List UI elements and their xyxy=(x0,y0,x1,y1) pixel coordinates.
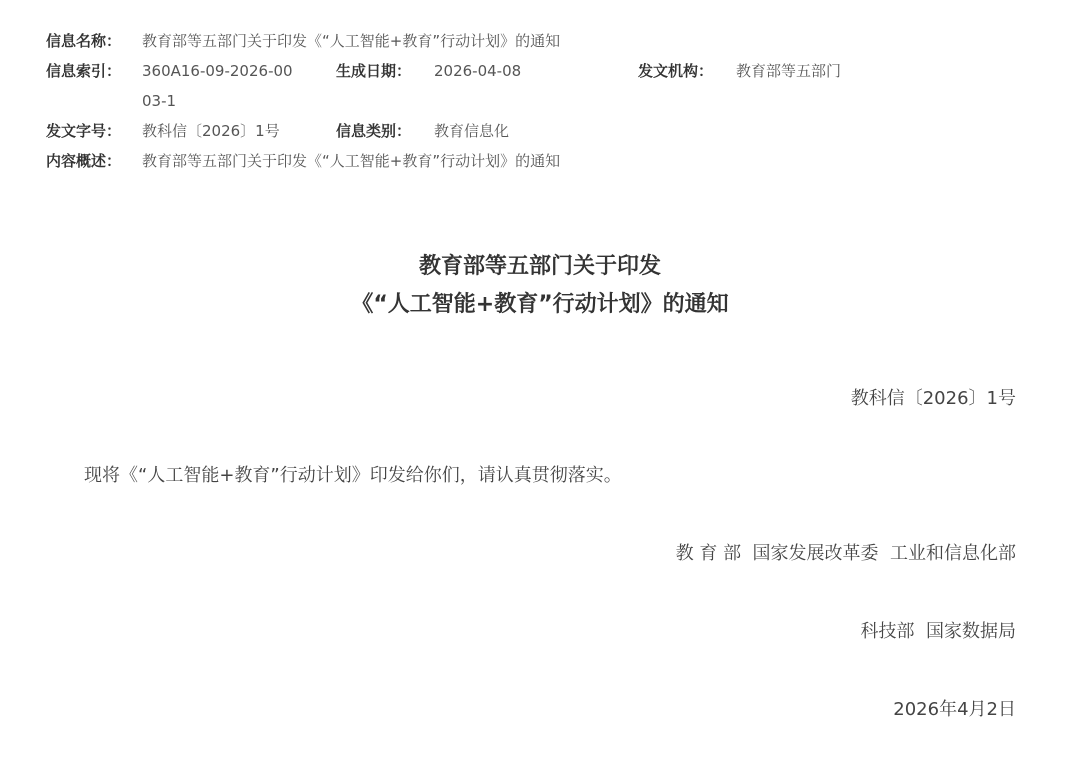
generated-date-value: 2026-04-08 xyxy=(434,56,521,86)
document-date: 2026年4月2日 xyxy=(893,697,1016,723)
issuing-agency-label: 发文机构： xyxy=(638,56,713,86)
info-category-label: 信息类别： xyxy=(336,116,411,146)
meta-row-info-name: 信息名称： 教育部等五部门关于印发《“人工智能+教育”行动计划》的通知 xyxy=(46,26,1046,56)
document-title-line-2: 《“人工智能+教育”行动计划》的通知 xyxy=(0,286,1080,324)
doc-number-label: 发文字号： xyxy=(46,116,121,146)
document-metadata: 信息名称： 教育部等五部门关于印发《“人工智能+教育”行动计划》的通知 信息索引… xyxy=(46,26,1046,176)
info-index-value: 360A16-09-2026-0003-1 xyxy=(142,56,302,116)
document-title-line-1: 教育部等五部门关于印发 xyxy=(0,248,1080,286)
summary-value: 教育部等五部门关于印发《“人工智能+教育”行动计划》的通知 xyxy=(142,146,560,176)
document-body: 现将《“人工智能+教育”行动计划》印发给你们，请认真贯彻落实。 xyxy=(84,463,622,489)
meta-row-summary: 内容概述： 教育部等五部门关于印发《“人工智能+教育”行动计划》的通知 xyxy=(46,146,1046,176)
meta-row-doc-number: 发文字号： 教科信〔2026〕1号 信息类别： 教育信息化 xyxy=(46,116,1046,146)
summary-label: 内容概述： xyxy=(46,146,121,176)
doc-number-value: 教科信〔2026〕1号 xyxy=(142,116,280,146)
info-category-value: 教育信息化 xyxy=(434,116,509,146)
issuing-agency-value: 教育部等五部门 xyxy=(736,56,841,86)
info-name-label: 信息名称： xyxy=(46,26,121,56)
generated-date-label: 生成日期： xyxy=(336,56,411,86)
document-number: 教科信〔2026〕1号 xyxy=(851,386,1016,412)
info-index-label: 信息索引： xyxy=(46,56,121,86)
signatories-line-1: 教 育 部 国家发展改革委 工业和信息化部 xyxy=(676,541,1016,567)
info-name-value: 教育部等五部门关于印发《“人工智能+教育”行动计划》的通知 xyxy=(142,26,560,56)
document-title: 教育部等五部门关于印发 《“人工智能+教育”行动计划》的通知 xyxy=(0,248,1080,324)
signatories-line-2: 科技部 国家数据局 xyxy=(861,619,1016,645)
meta-row-index: 信息索引： 360A16-09-2026-0003-1 生成日期： 2026-0… xyxy=(46,56,1046,116)
